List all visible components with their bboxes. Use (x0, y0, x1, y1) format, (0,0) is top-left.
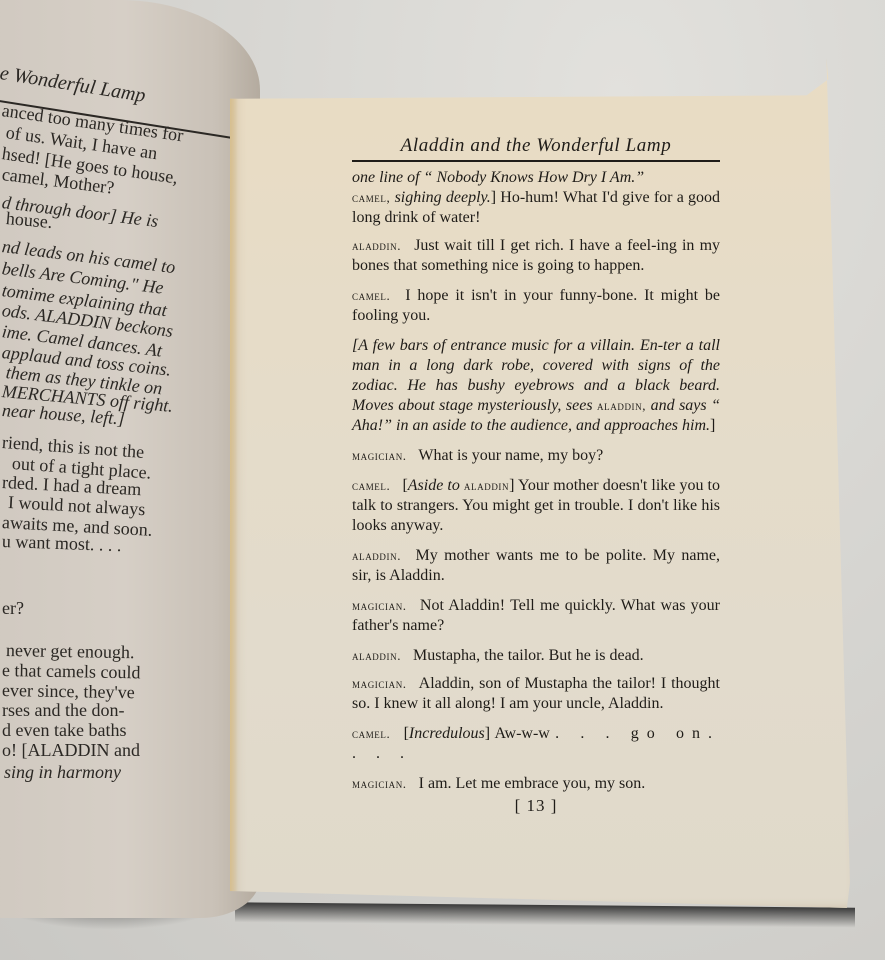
bracket: ] (710, 417, 715, 434)
right-page-text: Aladdin and the Wonderful Lamp one line … (352, 136, 720, 816)
left-line: house. (5, 208, 53, 233)
left-page-text: e Wonderful Lamp anced too many times fo… (0, 0, 260, 918)
left-line: rses and the don- (2, 700, 124, 721)
dialogue-paragraph: ALADDIN. My mother wants me to be polite… (352, 546, 720, 586)
speaker-name: ALADDIN (464, 478, 509, 493)
dialogue-text: What is your name, my boy? (418, 447, 603, 464)
speaker-name: ALADDIN. (352, 238, 401, 253)
left-running-head: e Wonderful Lamp (0, 62, 147, 108)
left-line: o! [ALADDIN and (2, 740, 140, 761)
dialogue-text: Not Aladdin! Tell me quickly. What was y… (352, 597, 720, 634)
dialogue-text: My mother wants me to be polite. My name… (352, 547, 720, 584)
dialogue-text: Aw-w-w (494, 725, 549, 742)
dialogue-text: I am. Let me embrace you, my son. (419, 775, 646, 792)
left-line: sing in harmony (4, 762, 121, 783)
dialogue-paragraph: ALADDIN. Mustapha, the tailor. But he is… (352, 646, 720, 666)
speaker-name: MAGICIAN. (352, 676, 407, 691)
page-shadow-right (235, 902, 855, 927)
speaker-name: MAGICIAN. (352, 598, 407, 613)
bracket: ] (509, 477, 514, 494)
speaker-name: ALADDIN, (597, 398, 646, 413)
stage-direction: Incredulous (409, 725, 485, 742)
dialogue-text: Mustapha, the tailor. But he is dead. (413, 647, 644, 664)
dialogue-text: I hope it isn't in your funny-bone. It m… (352, 287, 720, 324)
running-head: Aladdin and the Wonderful Lamp (352, 136, 720, 162)
stage-direction: one line of “ Nobody Knows How Dry I Am.… (352, 169, 644, 186)
left-line: d even take baths (2, 720, 126, 741)
bracket: ] (485, 725, 490, 742)
dialogue-paragraph: CAMEL. I hope it isn't in your funny-bon… (352, 286, 720, 326)
left-line: u want most. . . . (2, 531, 122, 556)
left-line: er? (2, 598, 24, 619)
stage-direction: sighing deeply. (395, 189, 491, 206)
dialogue-paragraph: MAGICIAN. Aladdin, son of Mustapha the t… (352, 674, 720, 714)
stage-direction: Aside to (408, 477, 460, 494)
dialogue-text: Aladdin, son of Mustapha the tailor! I t… (352, 675, 720, 712)
dialogue-paragraph: MAGICIAN. I am. Let me embrace you, my s… (352, 774, 720, 794)
left-page: e Wonderful Lamp anced too many times fo… (0, 0, 260, 918)
page-number: [ 13 ] (352, 796, 720, 816)
dialogue-text: Just wait till I get rich. I have a feel… (352, 237, 720, 274)
dialogue-paragraph: ALADDIN. Just wait till I get rich. I ha… (352, 236, 720, 276)
speaker-name: CAMEL. (352, 288, 390, 303)
speaker-name: CAMEL. (352, 726, 390, 741)
speaker-name: MAGICIAN. (352, 776, 407, 791)
speaker-name: ALADDIN. (352, 548, 401, 563)
speaker-name: MAGICIAN. (352, 448, 407, 463)
speaker-name: ALADDIN. (352, 648, 401, 663)
stage-direction-paragraph: [A few bars of entrance music for a vill… (352, 336, 720, 436)
speaker-name: CAMEL. (352, 478, 390, 493)
dialogue-paragraph: CAMEL. [Aside to ALADDIN] Your mother do… (352, 476, 720, 536)
speaker-name: CAMEL, (352, 190, 390, 205)
dialogue-paragraph: MAGICIAN. Not Aladdin! Tell me quickly. … (352, 596, 720, 636)
dialogue-paragraph: MAGICIAN. What is your name, my boy? (352, 446, 720, 466)
dialogue-paragraph: one line of “ Nobody Knows How Dry I Am.… (352, 168, 720, 228)
bracket: ] (491, 189, 496, 206)
dialogue-paragraph: CAMEL. [Incredulous] Aw-w-w . . . go on.… (352, 724, 720, 764)
